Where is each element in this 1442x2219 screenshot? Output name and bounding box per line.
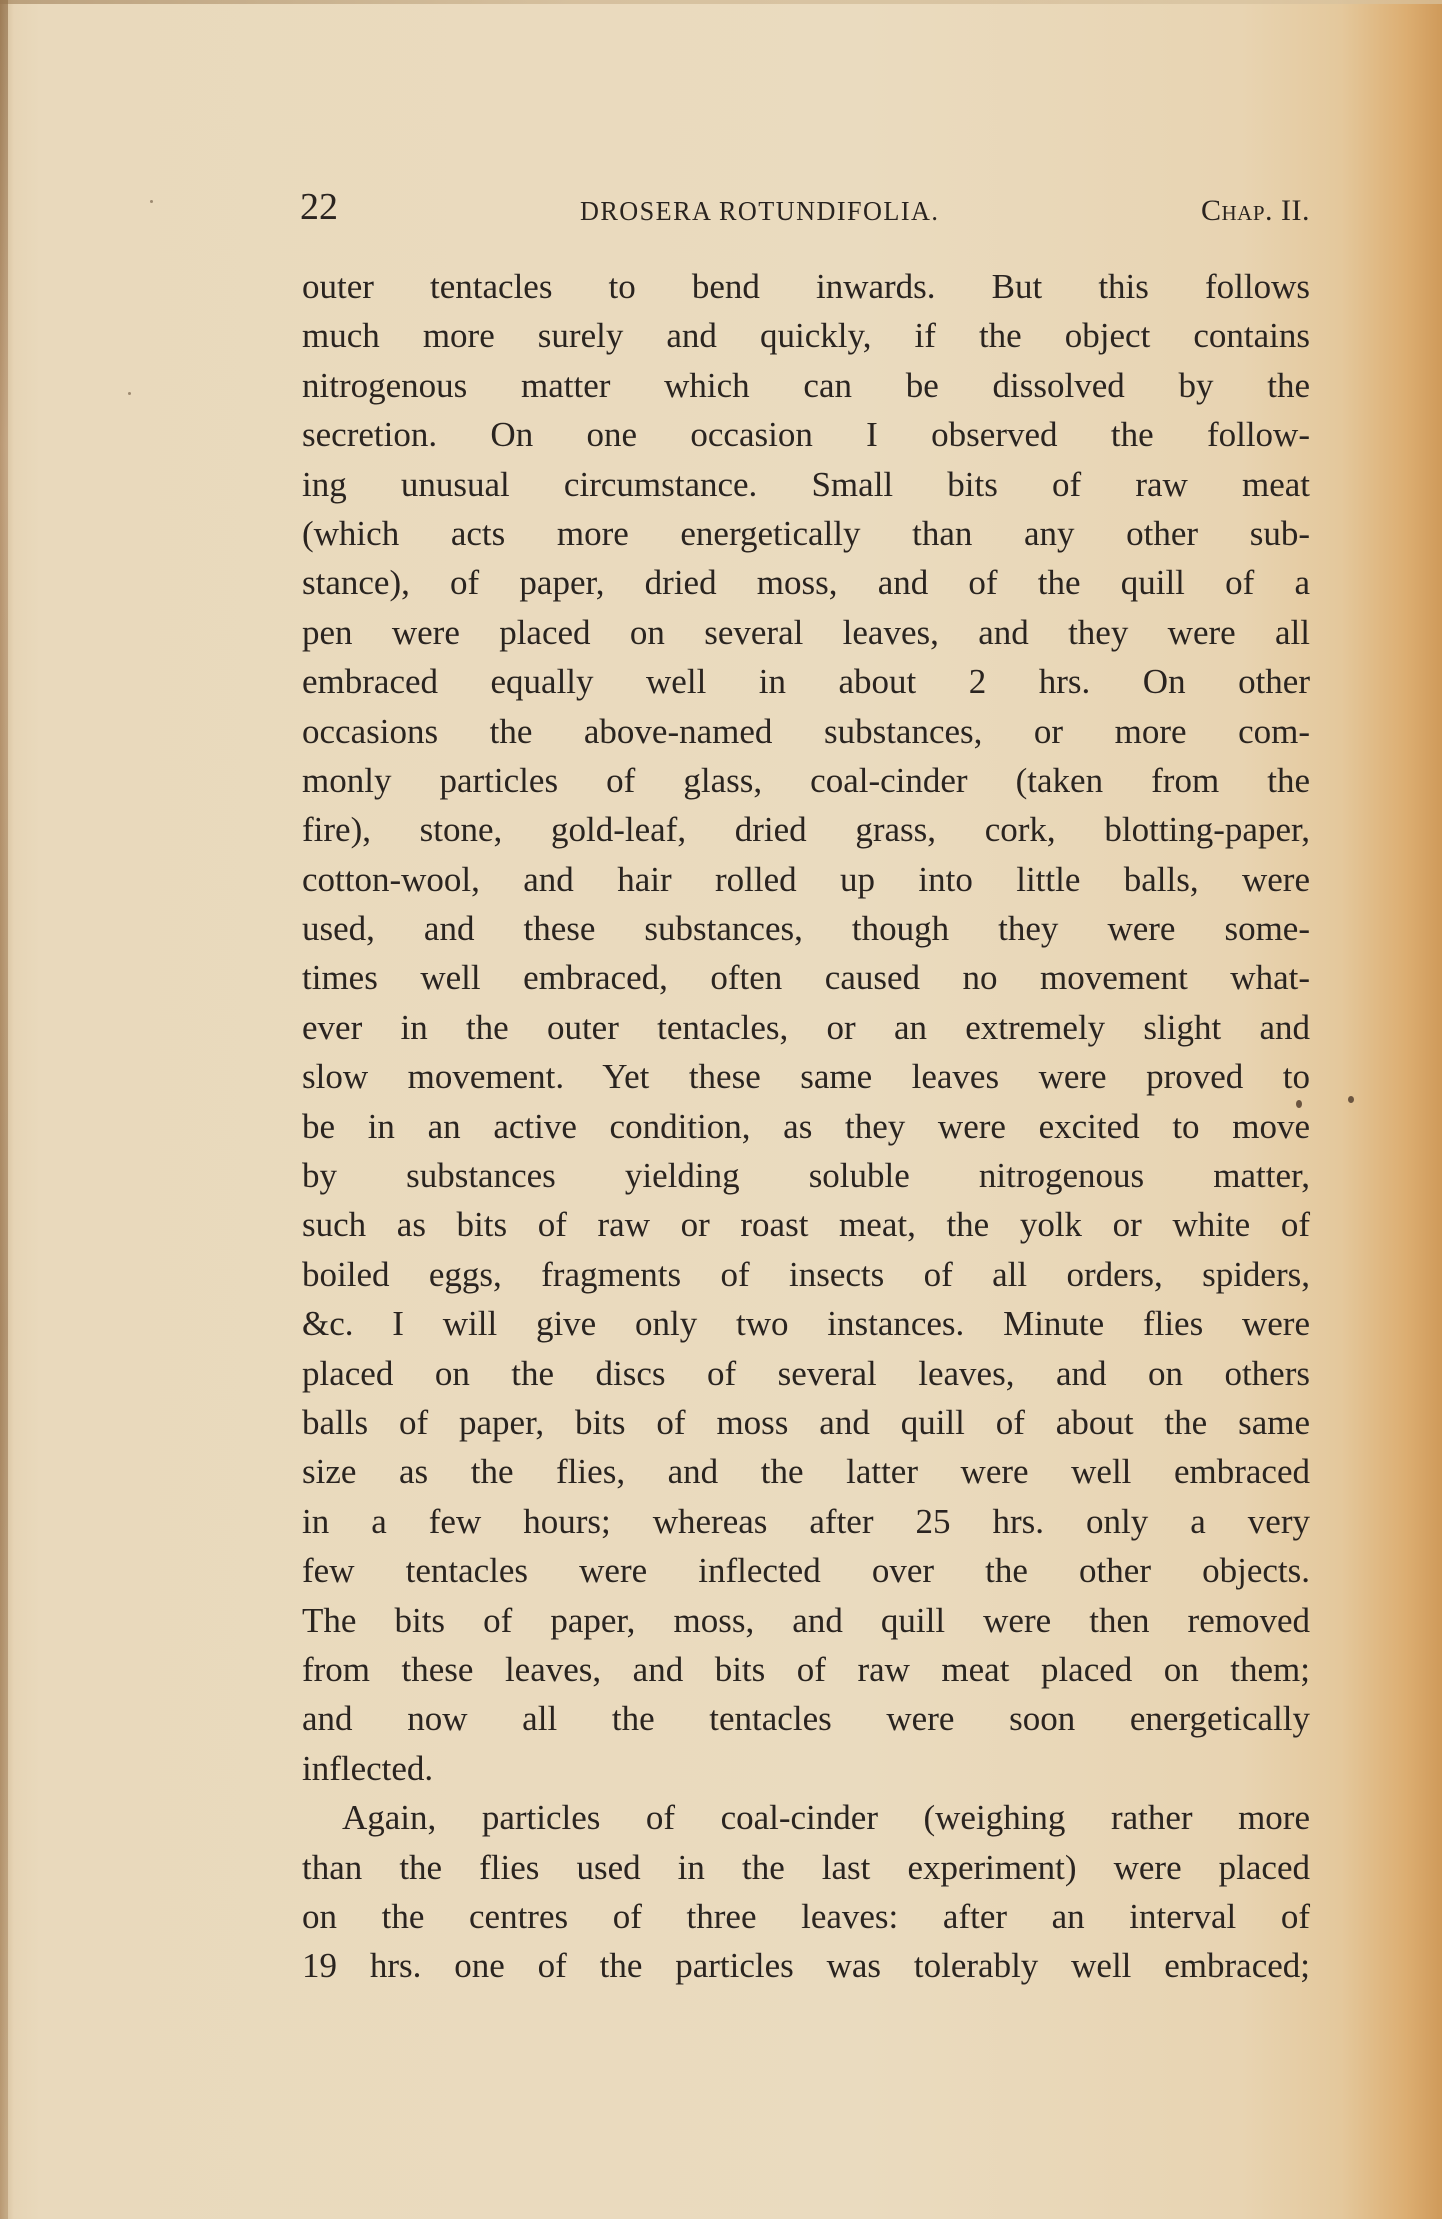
running-head: 22 DROSERA ROTUNDIFOLIA. Chap. II. (300, 184, 1310, 230)
text-line: boiled eggs, fragments of insects of all… (302, 1250, 1310, 1299)
paragraph-1: outer tentacles to bend inwards. But thi… (302, 262, 1310, 1793)
paper-speck (1348, 1096, 1354, 1103)
text-line: nitrogenous matter which can be dissolve… (302, 361, 1310, 410)
running-title: DROSERA ROTUNDIFOLIA. (580, 188, 939, 234)
text-line: secretion. On one occasion I observed th… (302, 410, 1310, 459)
text-line: and now all the tentacles were soon ener… (302, 1694, 1310, 1743)
text-line: (which acts more energetically than any … (302, 509, 1310, 558)
text-line: times well embraced, often caused no mov… (302, 953, 1310, 1002)
page-number: 22 (300, 184, 338, 230)
text-line: much more surely and quickly, if the obj… (302, 311, 1310, 360)
text-line: balls of paper, bits of moss and quill o… (302, 1398, 1310, 1447)
text-line: monly particles of glass, coal-cinder (t… (302, 756, 1310, 805)
text-line: embraced equally well in about 2 hrs. On… (302, 657, 1310, 706)
text-line: by substances yielding soluble nitrogeno… (302, 1151, 1310, 1200)
book-page: 22 DROSERA ROTUNDIFOLIA. Chap. II. outer… (0, 0, 1442, 2219)
text-line: from these leaves, and bits of raw meat … (302, 1645, 1310, 1694)
text-line: ing unusual circumstance. Small bits of … (302, 460, 1310, 509)
text-line: &c. I will give only two instances. Minu… (302, 1299, 1310, 1348)
body-text: outer tentacles to bend inwards. But thi… (302, 262, 1310, 1991)
paragraph-2: Again, particles of coal-cinder (weighin… (302, 1793, 1310, 1991)
text-line: outer tentacles to bend inwards. But thi… (302, 262, 1310, 311)
text-line: in a few hours; whereas after 25 hrs. on… (302, 1497, 1310, 1546)
text-line: Again, particles of coal-cinder (weighin… (302, 1793, 1310, 1842)
text-line: pen were placed on several leaves, and t… (302, 608, 1310, 657)
text-line: used, and these substances, though they … (302, 904, 1310, 953)
text-line: occasions the above-named substances, or… (302, 707, 1310, 756)
text-line: The bits of paper, moss, and quill were … (302, 1596, 1310, 1645)
text-line: 19 hrs. one of the particles was tolerab… (302, 1941, 1310, 1990)
text-line: placed on the discs of several leaves, a… (302, 1349, 1310, 1398)
text-line: such as bits of raw or roast meat, the y… (302, 1200, 1310, 1249)
text-line: few tentacles were inflected over the ot… (302, 1546, 1310, 1595)
paper-speck (1296, 1100, 1302, 1108)
text-line: on the centres of three leaves: after an… (302, 1892, 1310, 1941)
text-line: be in an active condition, as they were … (302, 1102, 1310, 1151)
paper-speck (150, 200, 153, 203)
text-line: fire), stone, gold-leaf, dried grass, co… (302, 805, 1310, 854)
text-line: cotton-wool, and hair rolled up into lit… (302, 855, 1310, 904)
text-line: ever in the outer tentacles, or an extre… (302, 1003, 1310, 1052)
text-line: stance), of paper, dried moss, and of th… (302, 558, 1310, 607)
text-line: size as the flies, and the latter were w… (302, 1447, 1310, 1496)
text-line: slow movement. Yet these same leaves wer… (302, 1052, 1310, 1101)
text-line: inflected. (302, 1744, 1310, 1793)
paper-speck (128, 392, 131, 395)
chapter-label: Chap. II. (1201, 188, 1310, 234)
text-line: than the flies used in the last experime… (302, 1843, 1310, 1892)
